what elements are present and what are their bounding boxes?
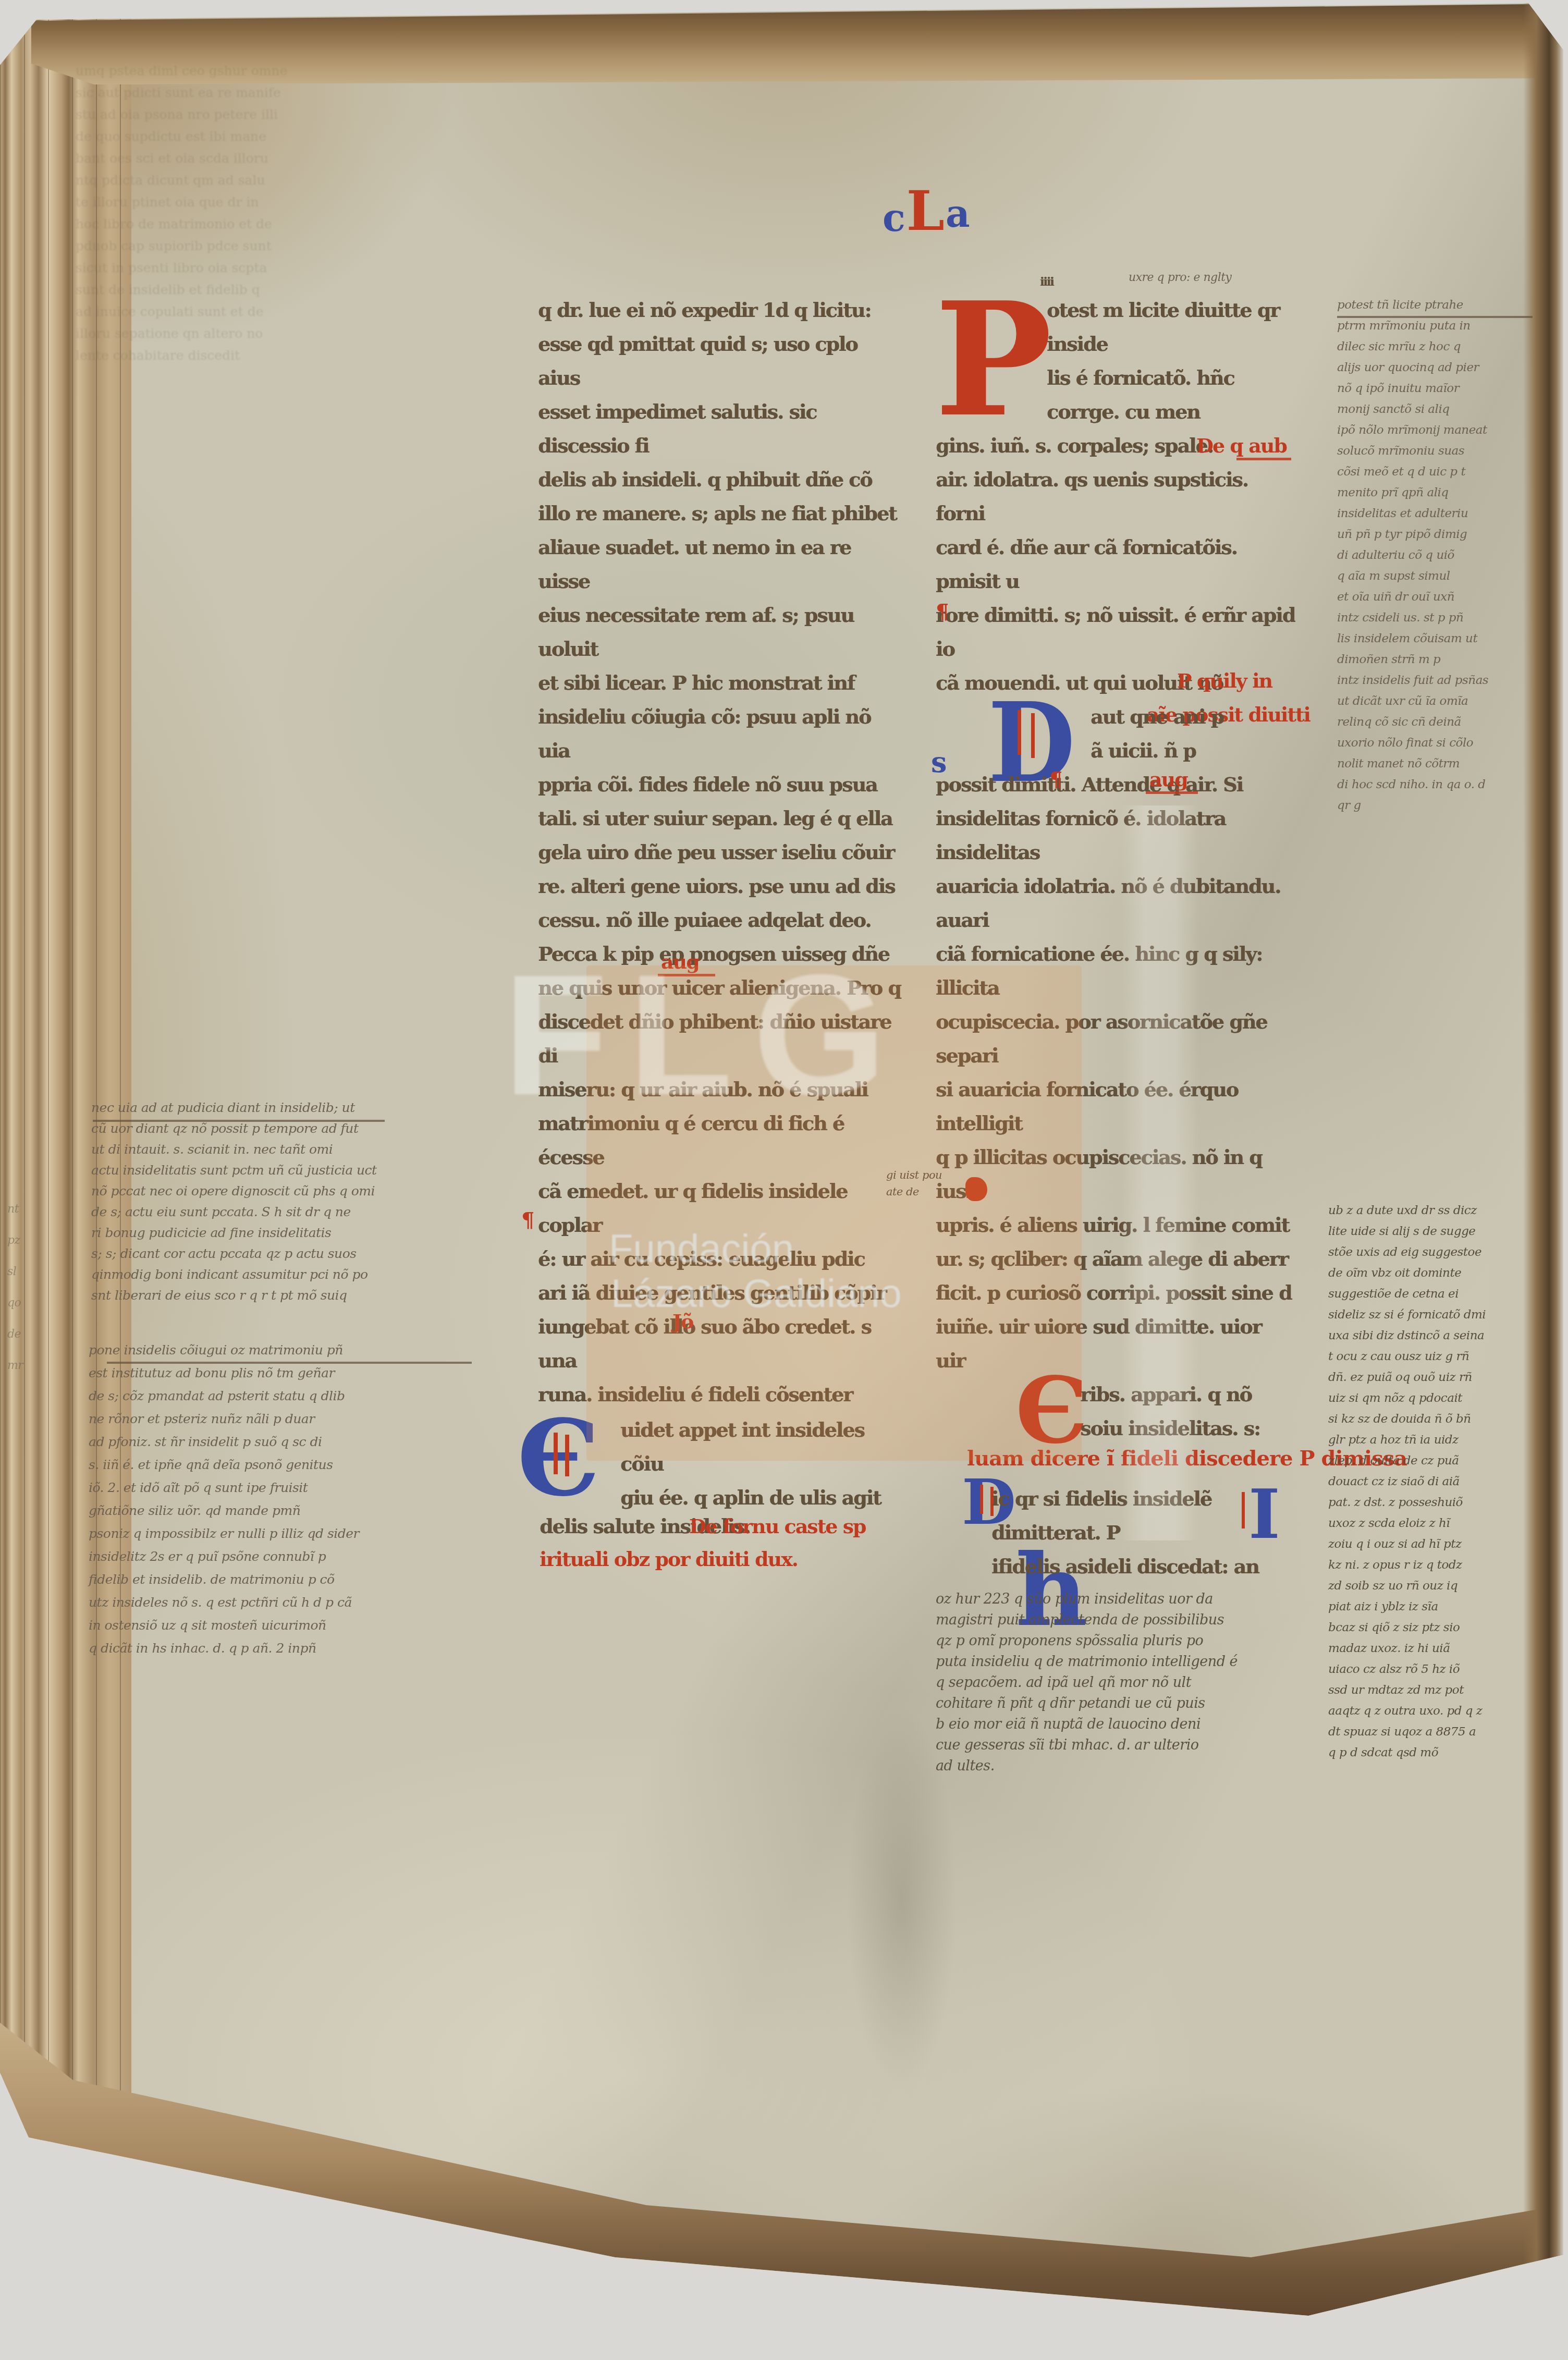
gloss-right-upper: potest tñ licite ptrahe ptrm mrĩmoniu pu… — [1337, 295, 1546, 816]
folio-mark-numeral: L — [906, 187, 945, 236]
gloss-left-upper-underline — [93, 1120, 385, 1122]
right-red-paraph-1: ¶ — [936, 600, 948, 624]
right-column-superscript: iiii — [1040, 275, 1053, 289]
right-column-text-a: gins. iuñ. s. corpales; spale. air. idol… — [936, 429, 1295, 700]
gloss-left-lower: pone insidelis cõiugui oz matrimoniu pñ … — [89, 1339, 537, 1660]
right-initial-blue-red-lines — [1018, 710, 1021, 755]
left-initial-E-red-lines — [554, 1433, 558, 1474]
gloss-right-upper-underline — [1337, 316, 1533, 318]
bleedthrough-text: umq pstea diml ceo gshur omne sic aut pd… — [76, 60, 388, 366]
right-red-aug-underline — [1146, 791, 1198, 794]
right-rubric-inline-2: P quily in — [1177, 669, 1272, 692]
gloss-left-lower-underline — [107, 1362, 472, 1364]
watermark-org-line1: Fundación — [609, 1226, 794, 1271]
left-column-rubric-line1: De fornu caste sp — [689, 1514, 866, 1538]
right-rubric-inline-1-underline — [1236, 458, 1291, 460]
right-column-opening-text: otest m licite diuitte qr inside lis é f… — [1047, 293, 1297, 429]
right-red-aug: aug — [1149, 767, 1187, 791]
right-column-interlinear-top: uxre q pro: e nglty — [1129, 271, 1232, 284]
gloss-left-upper: nec uia ad at pudicia diant in insidelib… — [91, 1097, 529, 1306]
margin-scraps: nt pz sl qo de mr — [7, 1194, 70, 1381]
watermark-highlight-band — [1121, 805, 1199, 1540]
folio-mark-right-flourish: a — [946, 197, 970, 231]
watermark-initials: FLG — [503, 936, 972, 1134]
right-column-indent-text: aut qne ani p ã uicii. ñ p insidelitate.… — [1091, 700, 1296, 767]
manuscript-photo: umq pstea diml ceo gshur omne sic aut pd… — [0, 0, 1568, 2360]
folio-mark: c L a — [883, 187, 970, 236]
folio-mark-left-flourish: c — [883, 201, 905, 235]
right-red-paraph-2: ¶ — [1049, 767, 1061, 792]
right-initial-D-red-lines — [980, 1485, 983, 1514]
right-column-cursive-text: oz hur 223 q sũo plum insidelitas uor da… — [936, 1589, 1301, 1777]
right-rubric-inline-1: De q aub — [1196, 434, 1287, 457]
right-initial-P: P — [935, 289, 1052, 430]
left-column-rubric-line2: irituali obz por diuiti dux. — [540, 1547, 798, 1571]
book-page: umq pstea diml ceo gshur omne sic aut pd… — [0, 0, 1568, 2360]
gloss-right-lower: ub z a dute uxd dr ss dicz lite uide si … — [1328, 1200, 1547, 1763]
watermark-org-line2: Lázaro Galdiano — [611, 1271, 902, 1316]
